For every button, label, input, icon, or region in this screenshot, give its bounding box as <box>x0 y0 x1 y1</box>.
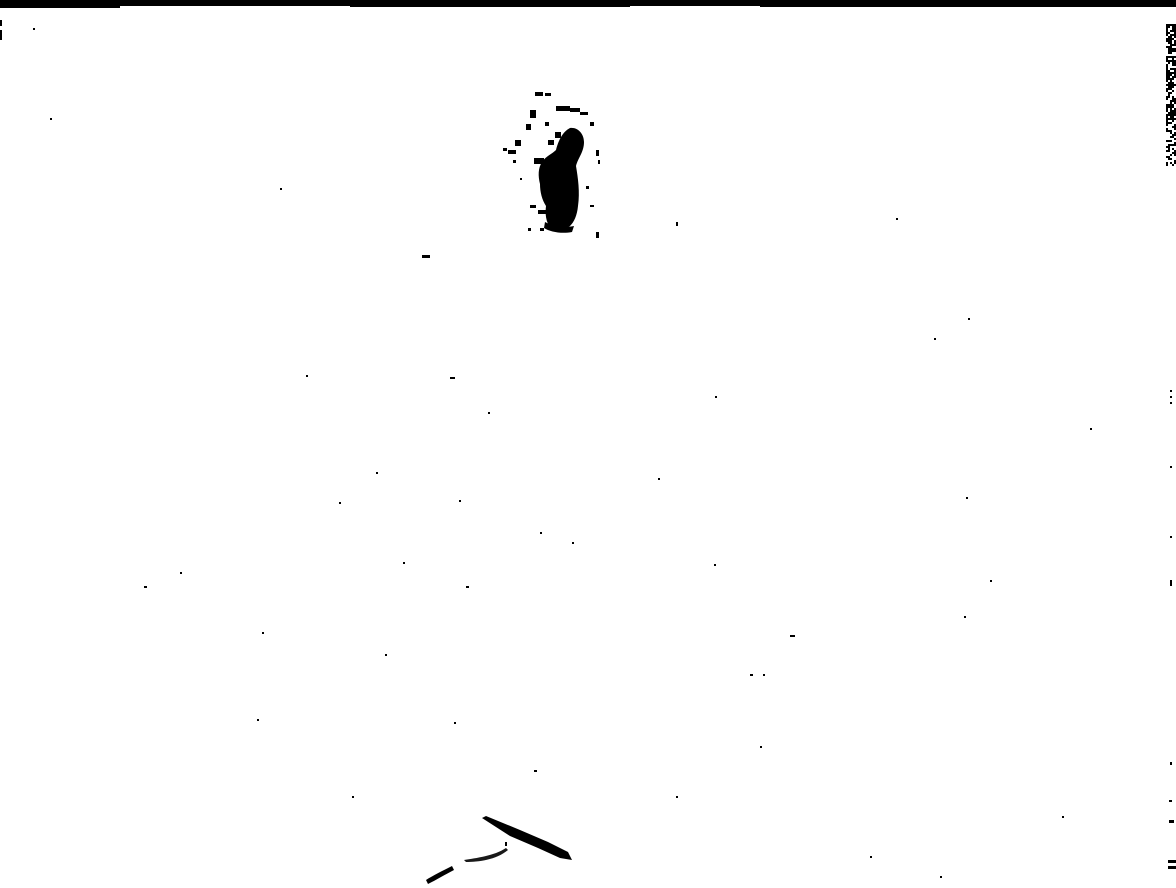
background <box>0 0 1176 888</box>
binarized-photo <box>0 0 1176 888</box>
